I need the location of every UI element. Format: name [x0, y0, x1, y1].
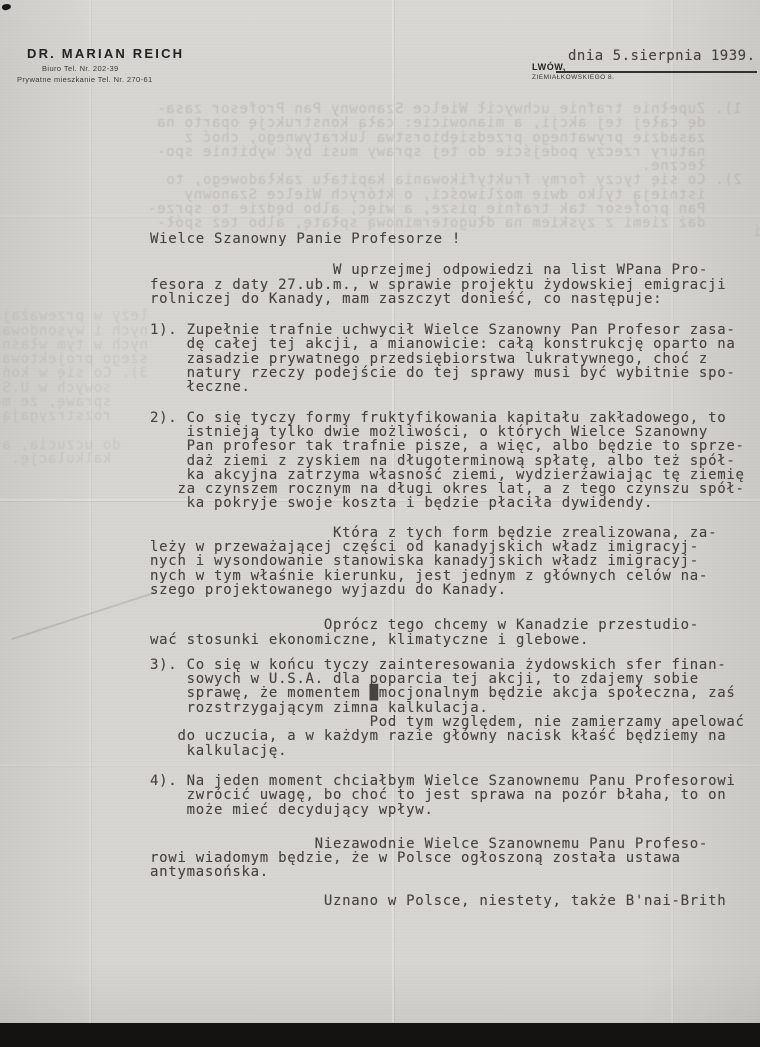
typed-line: 1). Zupełnie trafnie uchwycił Wielce Sza…	[150, 323, 756, 337]
typed-line: rozstrzygającym zimna kalkulacja.	[0, 409, 148, 423]
typed-line: istnieją tylko dwie możliwości, o któryc…	[150, 188, 742, 202]
typed-line: 3). Co się w końcu tyczy zainteresowania…	[150, 658, 756, 672]
scanned-letter-page: 1). Zupełnie trafnie uchwycił Wielce Sza…	[0, 0, 760, 1047]
typed-line: daż ziemi z zyskiem na długoterminową sp…	[150, 454, 756, 468]
horizontal-fold-crease	[0, 215, 760, 218]
typed-line: istnieją tylko dwie możliwości, o któryc…	[150, 425, 756, 439]
letterhead-private-phone: Prywatne mieszkanie Tel. Nr. 270-61	[17, 75, 153, 84]
typed-line: 2). Co się tyczy formy fruktyfikowania k…	[150, 411, 756, 425]
typed-line: antymasońska.	[150, 865, 756, 879]
paragraph: 2). Co się tyczy formy fruktyfikowania k…	[150, 411, 756, 511]
paragraph: 3). Co się w końcu tyczy zainteresowania…	[150, 658, 756, 758]
typed-line: Uznano w Polsce, niestety, także B'nai-B…	[150, 894, 756, 908]
salutation: Wielce Szanowny Panie Profesorze !	[150, 232, 756, 246]
typed-line: 3). Co się w końcu tyczy zainteresowania…	[0, 366, 148, 380]
typed-line: kalkulację.	[0, 452, 148, 466]
typed-line: daż ziemi z zyskiem na długoterminową sp…	[150, 216, 742, 230]
paragraph: Uznano w Polsce, niestety, także B'nai-B…	[150, 894, 756, 908]
typed-line: łeczne.	[150, 159, 742, 173]
typed-line: zasadzie prywatnego przedsiębiorstwa luk…	[150, 352, 756, 366]
bleedthrough-text: 1). Zupełnie trafnie uchwycił Wielce Sza…	[150, 98, 742, 231]
typed-line: za czynszem rocznym na długi okres lat, …	[150, 482, 756, 496]
typed-line: zwrócić uwagę, bo choć to jest sprawa na…	[150, 788, 756, 802]
typed-line: Która z tych form będzie zrealizowana, z…	[0, 295, 148, 309]
typed-line: dę całej tej akcji, a mianowicie: całą k…	[150, 337, 756, 351]
letterhead-name: DR. MARIAN REICH	[27, 46, 184, 61]
scan-speck	[1, 3, 11, 11]
paragraph: 4). Na jeden moment chciałbym Wielce Sza…	[150, 774, 756, 817]
typed-line: łeczne.	[150, 380, 756, 394]
paragraph: Która z tych form będzie zrealizowana, z…	[150, 526, 756, 597]
typed-line: rolniczej do Kanady, mam zaszczyt donieś…	[150, 292, 756, 306]
typed-line: leży w przeważającej części od kanadyjsk…	[0, 309, 148, 323]
paragraph: Oprócz tego chcemy w Kanadzie przestudio…	[150, 618, 756, 647]
typed-line: sprawę, że momentem █mocjonalnym będzie …	[150, 686, 756, 700]
typed-line: natury rzeczy podejście do tej sprawy mu…	[150, 145, 742, 159]
typed-line: szego projektowanego wyjazdu do Kanady.	[0, 352, 148, 366]
typed-line: do uczucia, a w każdym razie główny naci…	[0, 438, 148, 452]
paper-sheet: 1). Zupełnie trafnie uchwycił Wielce Sza…	[0, 0, 760, 1023]
typed-line: Pan profesor tak trafnie pisze, a więc, …	[150, 439, 756, 453]
typed-line: leży w przeważającej części od kanadyjsk…	[150, 540, 756, 554]
typed-line: Oprócz tego chcemy w Kanadzie przestudio…	[150, 618, 756, 632]
letter-body: Wielce Szanowny Panie Profesorze ! W upr…	[150, 232, 756, 908]
typed-line: nych w tym właśnie kierunku, jest jednym…	[0, 338, 148, 352]
typed-line: 2). Co się tyczy formy fruktyfikowania k…	[150, 173, 742, 187]
paragraph: 1). Zupełnie trafnie uchwycił Wielce Sza…	[150, 323, 756, 394]
typed-line: nych i wysondowanie stanowiska kanadyjsk…	[0, 324, 148, 338]
typed-line: dę całej tej akcji, a mianowicie: całą k…	[150, 116, 742, 130]
dateline-date: dnia 5.sierpnia 1939.	[568, 49, 756, 63]
typed-line: W uprzejmej odpowiedzi na list WPana Pro…	[150, 263, 756, 277]
letterhead-office-phone: Biuro Tel. Nr. 202-39	[42, 64, 119, 73]
typed-line: może mieć decydujący wpływ.	[150, 803, 756, 817]
typed-line: natury rzeczy podejście do tej sprawy mu…	[150, 366, 756, 380]
typed-line: 1). Zupełnie trafnie uchwycił Wielce Sza…	[150, 102, 742, 116]
paragraph: W uprzejmej odpowiedzi na list WPana Pro…	[150, 263, 756, 306]
typed-line: wać stosunki ekonomiczne, klimatyczne i …	[150, 633, 756, 647]
bleedthrough-left: Która z tych form będzie zrealizowana, z…	[0, 295, 148, 645]
typed-line: fesora z daty 27.ub.m., w sprawie projek…	[150, 278, 756, 292]
paragraphs-container: W uprzejmej odpowiedzi na list WPana Pro…	[150, 263, 756, 908]
typed-line: Pod tym względem, nie zamierzamy apelowa…	[0, 424, 148, 438]
typed-line: ka akcyjna zatrzyma własność ziemi, wydz…	[150, 468, 756, 482]
paragraph: Niezawodnie Wielce Szanownemu Panu Profe…	[150, 837, 756, 880]
typed-line: szego projektowanego wyjazdu do Kanady.	[150, 583, 756, 597]
typed-line: ka pokryje swoje koszta i będzie płaciła…	[150, 496, 756, 510]
typed-line: do uczucia, a w każdym razie główny naci…	[150, 729, 756, 743]
crease-mark	[11, 592, 154, 640]
typed-line: Która z tych form będzie zrealizowana, z…	[150, 526, 756, 540]
typed-line: nych i wysondowanie stanowiska kanadyjsk…	[150, 554, 756, 568]
dateline-city: LWÓW,	[532, 62, 566, 72]
typed-line: Niezawodnie Wielce Szanownemu Panu Profe…	[150, 837, 756, 851]
vertical-fold-crease	[89, 0, 92, 1023]
typed-line: sowych w U.S.A. dla poparcia tej akcji, …	[0, 381, 148, 395]
typed-line: kalkulację.	[150, 744, 756, 758]
bleedthrough-text: Która z tych form będzie zrealizowana, z…	[0, 295, 148, 467]
typed-line: rozstrzygającym zimna kalkulacja.	[150, 701, 756, 715]
typed-line: nych w tym właśnie kierunku, jest jednym…	[150, 569, 756, 583]
dateline-address: ZIEMIAŁKOWSKIEGO 8.	[532, 74, 614, 81]
dateline-rule	[556, 71, 757, 73]
typed-line: zasadzie prywatnego przedsiębiorstwa luk…	[150, 131, 742, 145]
typed-line: sprawę, że momentem █mocjonalnym będzie …	[0, 395, 148, 409]
